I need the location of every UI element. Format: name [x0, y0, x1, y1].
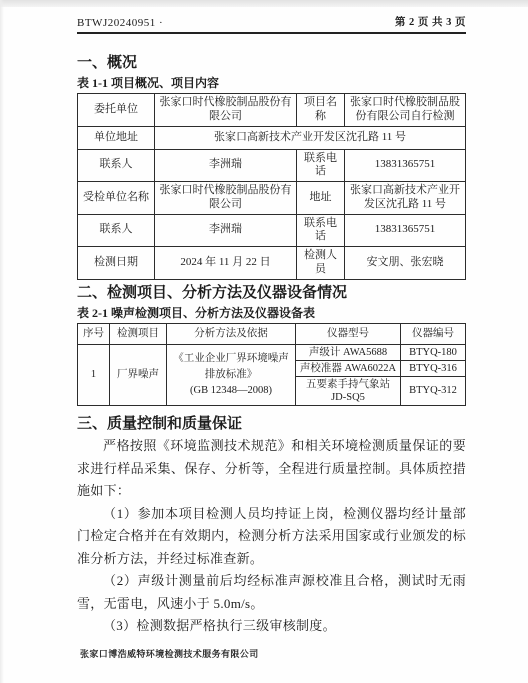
field-label: 地址 — [297, 182, 345, 215]
column-header: 分析方法及依据 — [167, 323, 296, 344]
field-value: 13831365751 — [345, 214, 466, 247]
field-value: 2024 年 11 月 22 日 — [155, 247, 297, 280]
section1-heading: 一、概况 — [77, 54, 466, 72]
paragraph: 严格按照《环境监测技术规范》和相关环境检测质量保证的要求进行样品采集、保存、分析… — [77, 435, 466, 503]
instrument-code: BTYQ-180 — [401, 344, 466, 360]
table-row: 委托单位 张家口时代橡胶制品股份有限公司 项目名称 张家口时代橡胶制品股份有限公… — [78, 94, 466, 127]
field-value: 张家口高新技术产业开发区沈孔路 11 号 — [345, 182, 466, 215]
row-number: 1 — [78, 344, 110, 406]
table-header-row: 序号 检测项目 分析方法及依据 仪器型号 仪器编号 — [78, 323, 466, 344]
section2-heading: 二、检测项目、分析方法及仪器设备情况 — [77, 284, 466, 302]
analysis-method: 《工业企业厂界环境噪声排放标准》 (GB 12348—2008) — [167, 344, 296, 406]
field-value: 安文朋、张宏晓 — [345, 247, 466, 280]
field-value: 李洲瑞 — [155, 149, 297, 182]
document-number: BTWJ20240951 · — [77, 17, 163, 29]
instruments-table: 序号 检测项目 分析方法及依据 仪器型号 仪器编号 1 厂界噪声 《工业企业厂界… — [77, 323, 466, 407]
field-value: 张家口高新技术产业开发区沈孔路 11 号 — [155, 126, 466, 149]
qa-paragraphs: 严格按照《环境监测技术规范》和相关环境检测质量保证的要求进行样品采集、保存、分析… — [77, 435, 466, 638]
table-row: 联系人 李洲瑞 联系电话 13831365751 — [78, 149, 466, 182]
paragraph: （1）参加本项目检测人员均持证上岗，检测仪器均经计量部门检定合格并在有效期内，检… — [77, 503, 466, 571]
column-header: 仪器型号 — [296, 323, 401, 344]
instrument-code: BTYQ-316 — [401, 360, 466, 376]
field-value: 张家口时代橡胶制品股份有限公司自行检测 — [345, 94, 466, 127]
section3-heading: 三、质量控制和质量保证 — [77, 415, 466, 433]
page-number: 第 2 页 共 3 页 — [395, 14, 466, 29]
field-value: 张家口时代橡胶制品股份有限公司 — [155, 94, 297, 127]
field-label: 委托单位 — [78, 94, 155, 127]
table-row: 1 厂界噪声 《工业企业厂界环境噪声排放标准》 (GB 12348—2008) … — [78, 344, 466, 360]
paragraph: （2）声级计测量前后均经标准声源校准且合格，测试时无雨雪，无雷电，风速小于 5.… — [77, 570, 466, 615]
instrument-model: 声级计 AWA5688 — [296, 344, 401, 360]
column-header: 检测项目 — [110, 323, 167, 344]
page-content: BTWJ20240951 · 第 2 页 共 3 页 一、概况 表 1-1 项目… — [0, 0, 528, 638]
field-value: 13831365751 — [345, 149, 466, 182]
table1-caption: 表 1-1 项目概况、项目内容 — [77, 76, 466, 91]
field-label: 联系电话 — [297, 214, 345, 247]
field-value: 李洲瑞 — [155, 214, 297, 247]
field-label: 检测人员 — [297, 247, 345, 280]
field-label: 项目名称 — [297, 94, 345, 127]
page-header: BTWJ20240951 · 第 2 页 共 3 页 — [77, 14, 466, 34]
method-standard-code: (GB 12348—2008) — [169, 383, 293, 399]
report-page: BTWJ20240951 · 第 2 页 共 3 页 一、概况 表 1-1 项目… — [0, 0, 528, 683]
field-label: 联系人 — [78, 149, 155, 182]
column-header: 序号 — [78, 323, 110, 344]
instrument-code: BTYQ-312 — [401, 376, 466, 405]
test-item: 厂界噪声 — [110, 344, 167, 406]
project-overview-table: 委托单位 张家口时代橡胶制品股份有限公司 项目名称 张家口时代橡胶制品股份有限公… — [77, 93, 466, 280]
column-header: 仪器编号 — [401, 323, 466, 344]
field-label: 检测日期 — [78, 247, 155, 280]
field-label: 受检单位名称 — [78, 182, 155, 215]
field-label: 联系人 — [78, 214, 155, 247]
paragraph: （3）检测数据严格执行三级审核制度。 — [77, 615, 466, 638]
field-label: 联系电话 — [297, 149, 345, 182]
instrument-model: 声校准器 AWA6022A — [296, 360, 401, 376]
instrument-model: 五要素手持气象站 JD-SQ5 — [296, 376, 401, 405]
field-value: 张家口时代橡胶制品股份有限公司 — [155, 182, 297, 215]
table2-caption: 表 2-1 噪声检测项目、分析方法及仪器设备表 — [77, 306, 466, 321]
method-name: 《工业企业厂界环境噪声排放标准》 — [169, 351, 293, 383]
table-row: 受检单位名称 张家口时代橡胶制品股份有限公司 地址 张家口高新技术产业开发区沈孔… — [78, 182, 466, 215]
table-row: 单位地址 张家口高新技术产业开发区沈孔路 11 号 — [78, 126, 466, 149]
table-row: 联系人 李洲瑞 联系电话 13831365751 — [78, 214, 466, 247]
field-label: 单位地址 — [78, 126, 155, 149]
company-footer: 张家口博浩威特环境检测技术服务有限公司 — [80, 647, 259, 660]
table-row: 检测日期 2024 年 11 月 22 日 检测人员 安文朋、张宏晓 — [78, 247, 466, 280]
